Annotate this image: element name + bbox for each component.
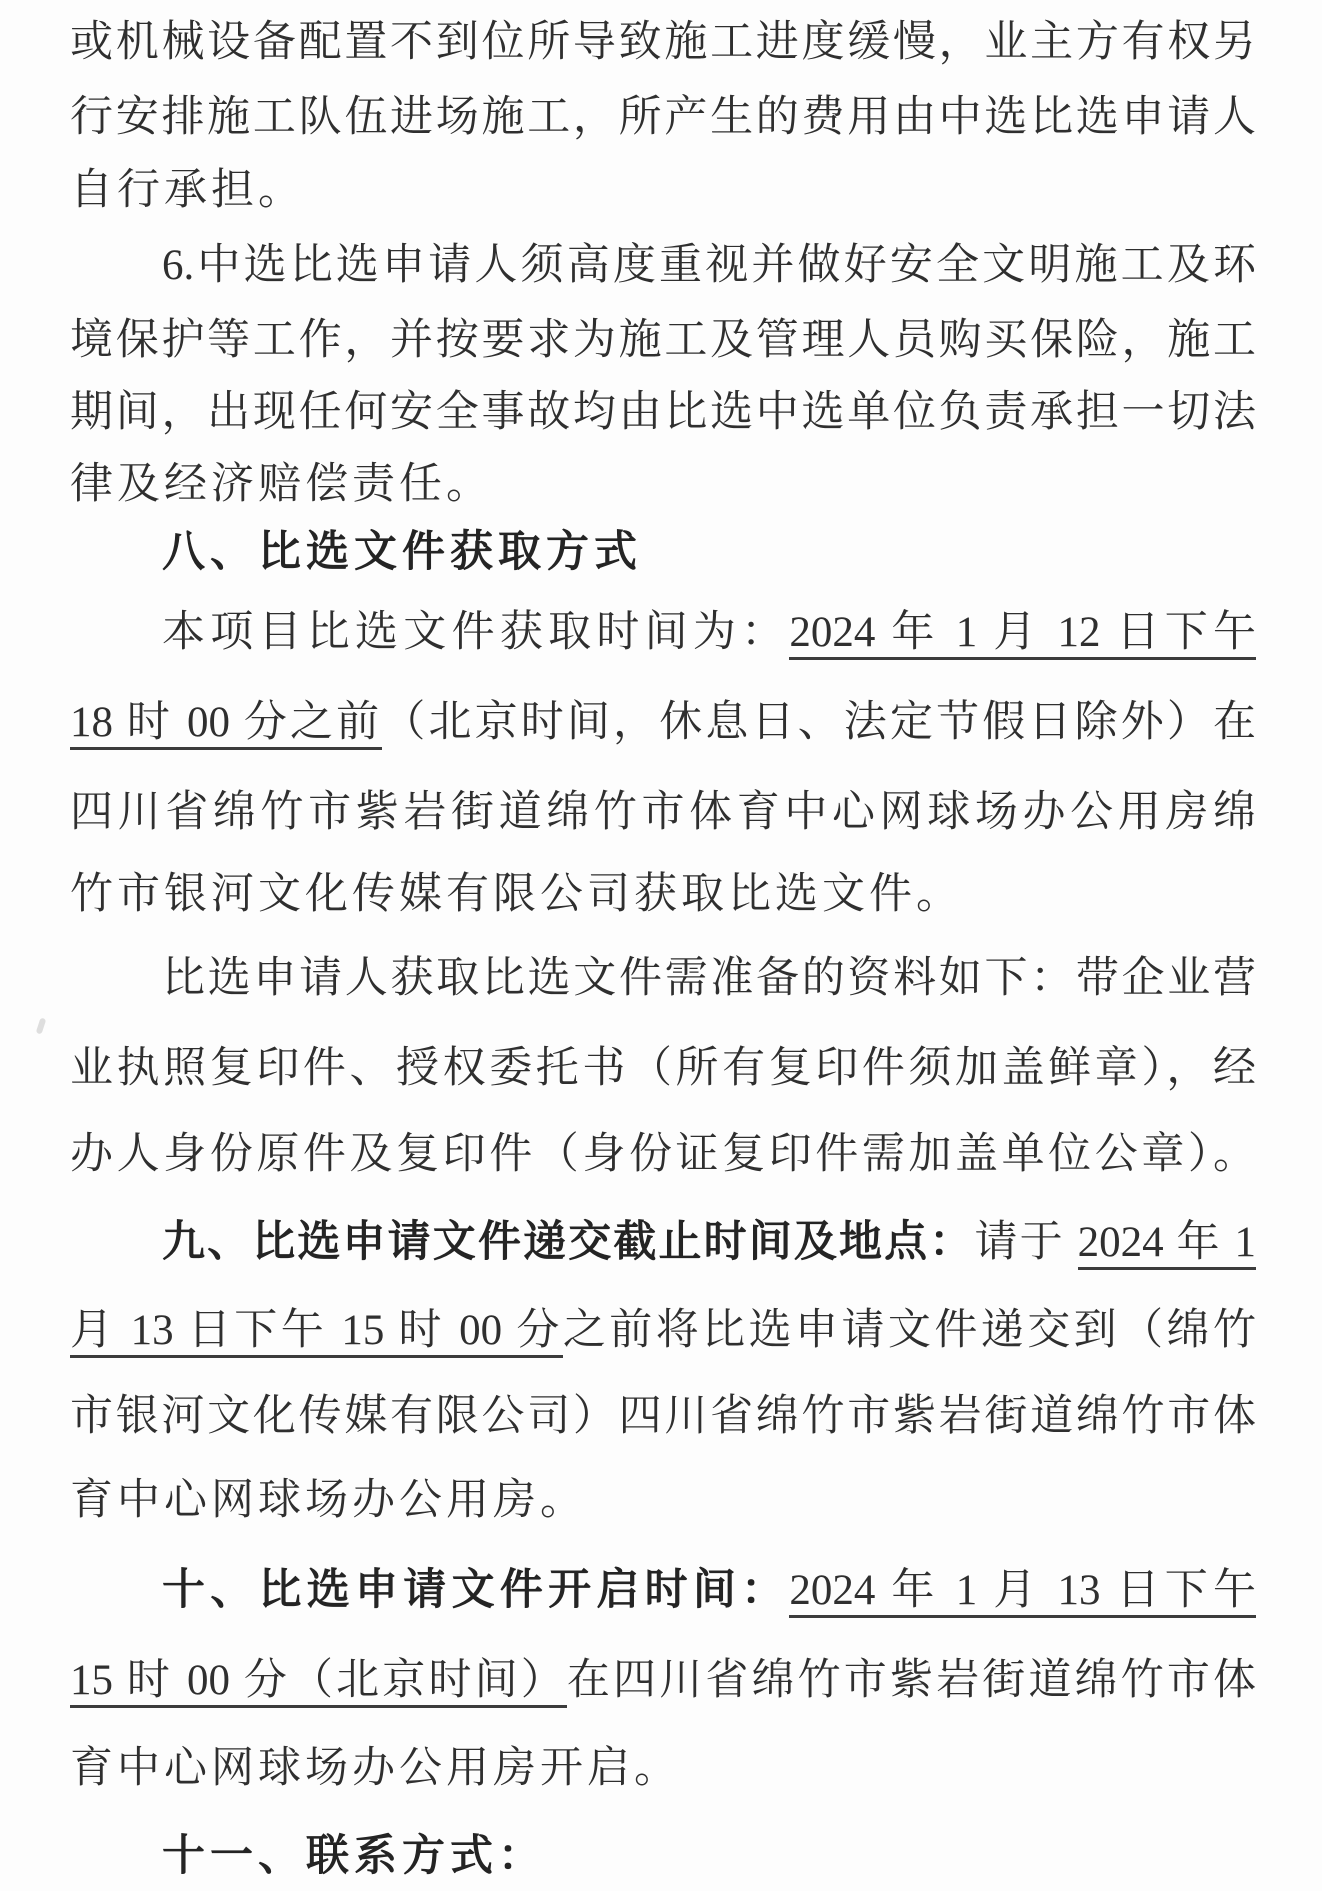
text-run: 市银河文化传媒有限公司）四川省绵竹市紫岩街道绵竹市体 [70, 1393, 1256, 1440]
doc-line: 育中心网球场办公用房。 [70, 1472, 1256, 1530]
doc-line: 律及经济赔偿责任。 [70, 456, 1256, 514]
text-run: 行安排施工队伍进场施工，所产生的费用由中选比选申请人 [70, 94, 1256, 141]
doc-line: 6.中选比选申请人须高度重视并做好安全文明施工及环 [70, 237, 1256, 295]
text-run: 竹市银河文化传媒有限公司获取比选文件。 [70, 871, 963, 918]
section-heading-8: 八、比选文件获取方式 [70, 524, 1256, 582]
text-run: 业执照复印件、授权委托书（所有复印件须加盖鲜章），经 [70, 1045, 1256, 1092]
heading-text: 八、比选文件获取方式 [162, 529, 642, 576]
document-page: 或机械设备配置不到位所导致施工进度缓慢，业主方有权另 行安排施工队伍进场施工，所… [0, 0, 1322, 1891]
doc-line: 行安排施工队伍进场施工，所产生的费用由中选比选申请人 [70, 89, 1256, 147]
text-run: 育中心网球场办公用房开启。 [70, 1745, 681, 1792]
text-run: 本项目比选文件获取时间为： [162, 609, 789, 656]
text-run: 或机械设备配置不到位所导致施工进度缓慢，业主方有权另 [70, 19, 1256, 66]
text-run: 四川省绵竹市紫岩街道绵竹市体育中心网球场办公用房绵 [70, 789, 1256, 836]
text-run: 期间，出现任何安全事故均由比选中选单位负责承担一切法 [70, 389, 1256, 436]
heading-text: 十一、联系方式： [162, 1833, 546, 1880]
text-run: （北京时间，休息日、法定节假日除外）在 [382, 699, 1256, 746]
opening-date: 2024 年 1 月 13 日下午 [789, 1567, 1256, 1618]
text-run: 境保护等工作，并按要求为施工及管理人员购买保险，施工 [70, 317, 1256, 364]
doc-line: 本项目比选文件获取时间为：2024 年 1 月 12 日下午 [70, 604, 1256, 662]
doc-line: 四川省绵竹市紫岩街道绵竹市体育中心网球场办公用房绵 [70, 784, 1256, 842]
heading-text: 九、比选申请文件递交截止时间及地点： [162, 1219, 974, 1266]
doc-line: 竹市银河文化传媒有限公司获取比选文件。 [70, 866, 1256, 924]
doc-line: 月 13 日下午 15 时 00 分之前将比选申请文件递交到（绵竹 [70, 1302, 1256, 1360]
doc-line: 市银河文化传媒有限公司）四川省绵竹市紫岩街道绵竹市体 [70, 1388, 1256, 1446]
doc-line: 期间，出现任何安全事故均由比选中选单位负责承担一切法 [70, 384, 1256, 442]
section-heading-11: 十一、联系方式： [70, 1828, 1256, 1886]
doc-line: 15 时 00 分（北京时间）在四川省绵竹市紫岩街道绵竹市体 [70, 1652, 1256, 1710]
doc-line: 18 时 00 分之前（北京时间，休息日、法定节假日除外）在 [70, 694, 1256, 752]
submission-deadline-date: 2024 年 1 [1078, 1219, 1256, 1270]
submission-deadline-time: 月 13 日下午 15 时 00 分 [70, 1307, 563, 1358]
section-heading-9-line: 九、比选申请文件递交截止时间及地点：请于 2024 年 1 [70, 1214, 1256, 1272]
scan-artifact [36, 1017, 47, 1034]
doc-line: 自行承担。 [70, 162, 1256, 220]
section-heading-10-line: 十、比选申请文件开启时间：2024 年 1 月 13 日下午 [70, 1562, 1256, 1620]
opening-time: 15 时 00 分（北京时间） [70, 1657, 567, 1708]
doc-line: 业执照复印件、授权委托书（所有复印件须加盖鲜章），经 [70, 1040, 1256, 1098]
text-run: 6.中选比选申请人须高度重视并做好安全文明施工及环 [162, 242, 1256, 289]
text-run: 之前将比选申请文件递交到（绵竹 [563, 1307, 1256, 1354]
text-run: 请于 [974, 1219, 1077, 1266]
acquisition-deadline-time: 18 时 00 分之前 [70, 699, 382, 750]
text-run: 律及经济赔偿责任。 [70, 461, 493, 508]
text-run: 比选申请人获取比选文件需准备的资料如下：带企业营 [162, 955, 1256, 1002]
doc-line: 境保护等工作，并按要求为施工及管理人员购买保险，施工 [70, 312, 1256, 370]
text-run: 自行承担。 [70, 167, 305, 214]
acquisition-deadline-date: 2024 年 1 月 12 日下午 [789, 609, 1256, 660]
doc-line: 办人身份原件及复印件（身份证复印件需加盖单位公章）。 [70, 1126, 1256, 1184]
doc-line: 育中心网球场办公用房开启。 [70, 1740, 1256, 1798]
doc-line: 比选申请人获取比选文件需准备的资料如下：带企业营 [70, 950, 1256, 1008]
text-run: 在四川省绵竹市紫岩街道绵竹市体 [567, 1657, 1256, 1704]
doc-line: 或机械设备配置不到位所导致施工进度缓慢，业主方有权另 [70, 14, 1256, 72]
text-run: 办人身份原件及复印件（身份证复印件需加盖单位公章）。 [70, 1131, 1256, 1178]
heading-text: 十、比选申请文件开启时间： [162, 1567, 789, 1614]
text-run: 育中心网球场办公用房。 [70, 1477, 587, 1524]
